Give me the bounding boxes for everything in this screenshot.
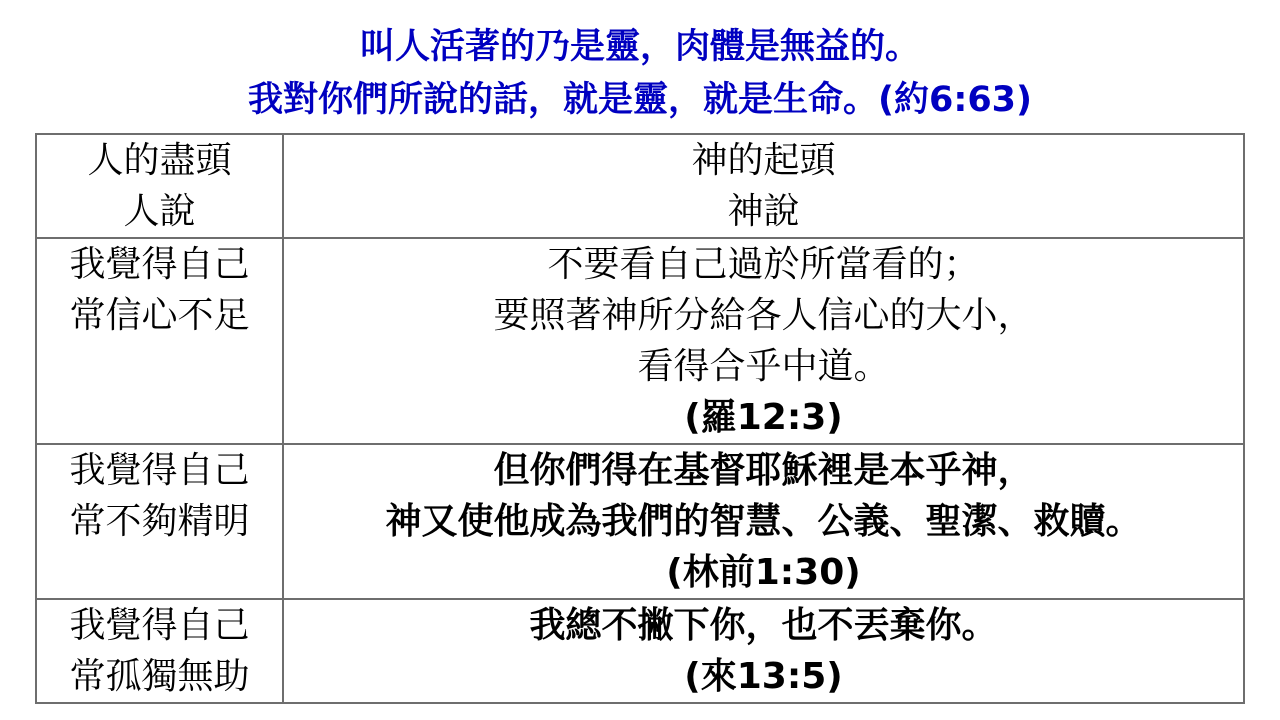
- comparison-table: 人的盡頭 人說 神的起頭 神說 我覺得自己 常信心不足 不要看自己過於所當看的；…: [35, 133, 1245, 704]
- table-header-row: 人的盡頭 人說 神的起頭 神說: [36, 134, 1244, 238]
- god-says-cell: 不要看自己過於所當看的； 要照著神所分給各人信心的大小， 看得合乎中道。 (羅1…: [283, 238, 1244, 444]
- human-says-line: 常不夠精明: [37, 496, 282, 547]
- human-says-cell: 我覺得自己 常信心不足: [36, 238, 283, 444]
- human-says-line: 常信心不足: [37, 290, 282, 341]
- human-says-line: 我覺得自己: [37, 239, 282, 290]
- god-says-cell: 但你們得在基督耶穌裡是本乎神， 神又使他成為我們的智慧、公義、聖潔、救贖。 (林…: [283, 444, 1244, 599]
- human-says-line: 我覺得自己: [37, 600, 282, 651]
- header-left-line: 人的盡頭: [37, 135, 282, 186]
- scripture-reference: (來13:5): [284, 651, 1243, 702]
- god-says-line: 要照著神所分給各人信心的大小，: [284, 290, 1243, 341]
- human-says-cell: 我覺得自己 常孤獨無助: [36, 599, 283, 703]
- god-says-line: 神又使他成為我們的智慧、公義、聖潔、救贖。: [284, 496, 1243, 547]
- god-says-line: 不要看自己過於所當看的；: [284, 239, 1243, 290]
- scripture-reference: (羅12:3): [284, 392, 1243, 443]
- god-says-line: 但你們得在基督耶穌裡是本乎神，: [284, 445, 1243, 496]
- header-right-line: 神的起頭: [284, 135, 1243, 186]
- human-says-cell: 我覺得自己 常不夠精明: [36, 444, 283, 599]
- god-says-line: 看得合乎中道。: [284, 341, 1243, 392]
- header-left-line: 人說: [37, 186, 282, 237]
- header-cell-god: 神的起頭 神說: [283, 134, 1244, 238]
- verse-title-line-1: 叫人活著的乃是靈，肉體是無益的。: [0, 22, 1280, 72]
- table-row: 我覺得自己 常信心不足 不要看自己過於所當看的； 要照著神所分給各人信心的大小，…: [36, 238, 1244, 444]
- header-cell-human: 人的盡頭 人說: [36, 134, 283, 238]
- table-row: 我覺得自己 常不夠精明 但你們得在基督耶穌裡是本乎神， 神又使他成為我們的智慧、…: [36, 444, 1244, 599]
- god-says-line: 我總不撇下你，也不丟棄你。: [284, 600, 1243, 651]
- verse-title-line-2: 我對你們所說的話，就是靈，就是生命。(約6:63): [0, 75, 1280, 125]
- table-row: 我覺得自己 常孤獨無助 我總不撇下你，也不丟棄你。 (來13:5): [36, 599, 1244, 703]
- header-right-line: 神說: [284, 186, 1243, 237]
- human-says-line: 常孤獨無助: [37, 651, 282, 702]
- scripture-reference: (林前1:30): [284, 547, 1243, 598]
- human-says-line: 我覺得自己: [37, 445, 282, 496]
- god-says-cell: 我總不撇下你，也不丟棄你。 (來13:5): [283, 599, 1244, 703]
